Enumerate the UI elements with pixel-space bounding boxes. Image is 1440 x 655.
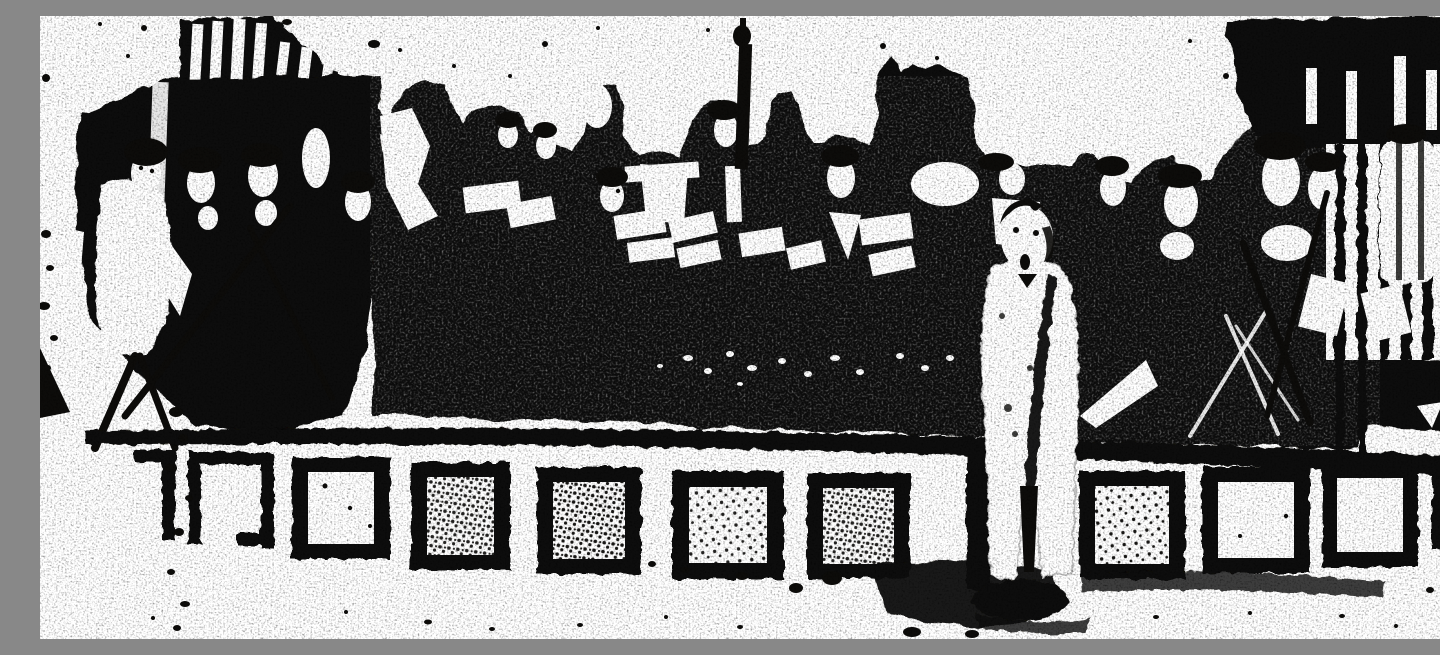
photo-canvas: [40, 16, 1440, 639]
halftone-grain: [40, 16, 1440, 639]
halftone-photograph: Black-and-white halftone newspaper photo…: [40, 16, 1440, 639]
